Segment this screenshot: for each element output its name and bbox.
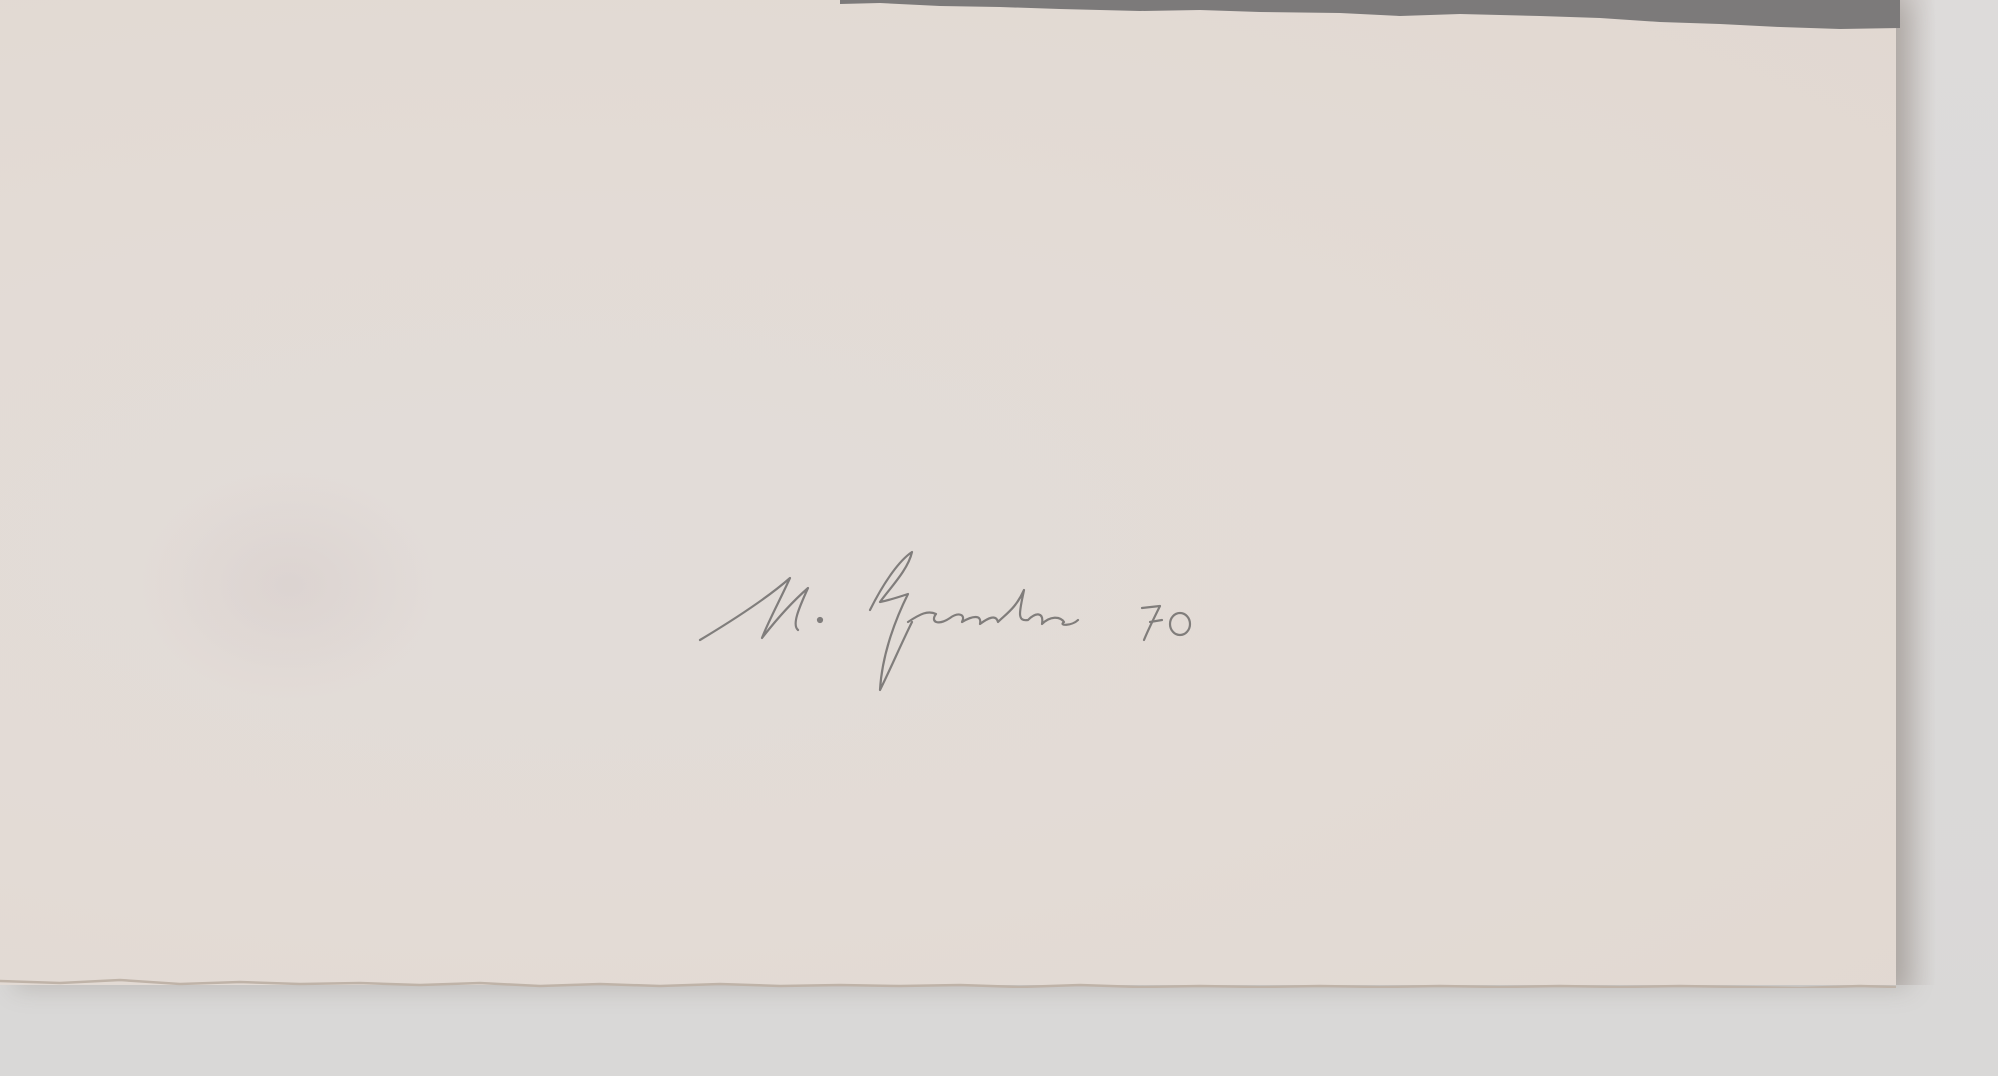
print-paper: M. Grechia 70 bbox=[0, 0, 1896, 985]
paper-shadow bbox=[1896, 0, 1936, 985]
deckle-edge bbox=[0, 978, 1896, 988]
printed-image-edge bbox=[840, 0, 1900, 30]
pencil-signature: M. Grechia 70 bbox=[680, 530, 1560, 720]
paper-stain bbox=[140, 470, 440, 700]
